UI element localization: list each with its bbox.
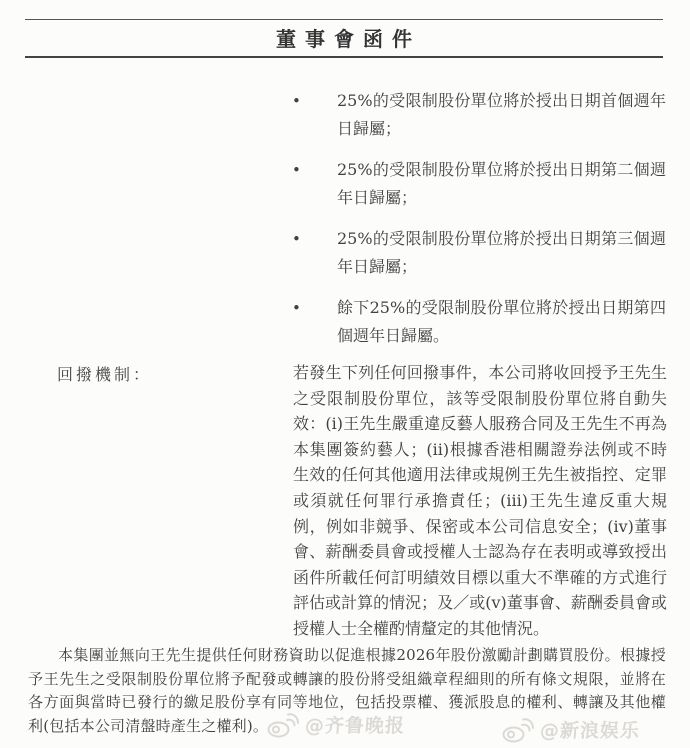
clawback-label: 回撥機制： [57,362,152,385]
vesting-bullet-item: • 餘下25%的受限制股份單位將於授出日期第四個週年日歸屬。 [292,294,666,350]
closing-paragraph: 本集團並無向王先生提供任何財務資助以促進根據2026年股份激勵計劃購買股份。根據… [28,644,666,738]
vesting-bullet-text: 餘下25%的受限制股份單位將於授出日期第四個週年日歸屬。 [337,294,666,350]
page-title: 董事會函件 [25,20,663,56]
bullet-icon: • [292,225,337,281]
clawback-body: 若發生下列任何回撥事件，本公司將收回授予王先生之受限制股份單位，該等受限制股份單… [293,360,667,642]
vesting-bullet-text: 25%的受限制股份單位將於授出日期第三個週年日歸屬； [337,225,666,281]
bullet-icon: • [292,156,337,212]
vesting-bullet-list: • 25%的受限制股份單位將於授出日期首個週年日歸屬； • 25%的受限制股份單… [292,87,666,363]
bullet-icon: • [292,87,337,143]
bullet-icon: • [292,294,337,350]
document-page: 董事會函件 • 25%的受限制股份單位將於授出日期首個週年日歸屬； • 25%的… [0,0,690,748]
vesting-bullet-item: • 25%的受限制股份單位將於授出日期首個週年日歸屬； [292,87,666,143]
vesting-bullet-text: 25%的受限制股份單位將於授出日期首個週年日歸屬； [337,87,666,143]
vesting-bullet-text: 25%的受限制股份單位將於授出日期第二個週年日歸屬； [337,156,666,212]
title-band: 董事會函件 [25,19,663,58]
vesting-bullet-item: • 25%的受限制股份單位將於授出日期第三個週年日歸屬； [292,225,666,281]
vesting-bullet-item: • 25%的受限制股份單位將於授出日期第二個週年日歸屬； [292,156,666,212]
